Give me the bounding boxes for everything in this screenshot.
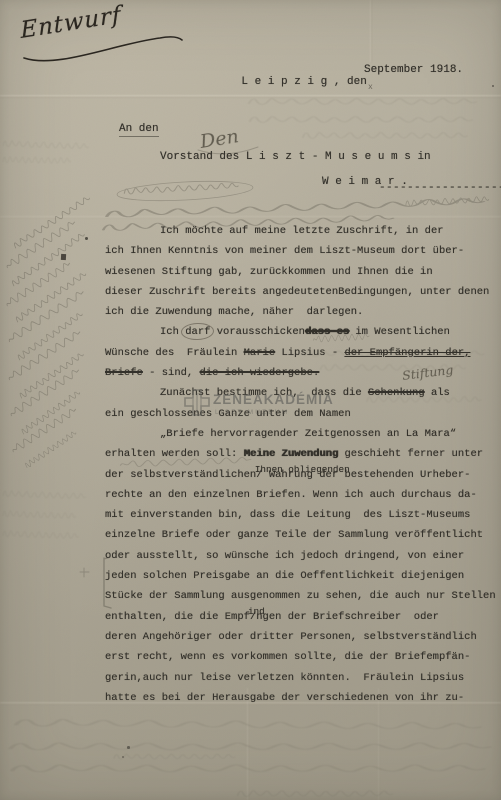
typed-line: Ich darf vorausschickendass es im Wesent… — [105, 322, 501, 342]
typed-segment: wiesenen Stiftung gab, zurückkommen und … — [105, 266, 433, 278]
faint-handwriting-bottom — [10, 719, 489, 796]
typed-segment: ein geschlossenes Ganze unter dem Namen — [105, 408, 351, 420]
dashed-underline: ------------------ — [379, 182, 501, 194]
dateline-date: September 1918. — [364, 64, 463, 76]
typed-line: hatte es bei der Herausgabe der verschie… — [105, 688, 501, 708]
typed-segment: ich die Zuwendung mache, näher darlegen. — [105, 306, 363, 318]
typed-segment: geschieht ferner unter — [338, 448, 483, 460]
typed-segment: mit einverstanden bin, dass die Leitung … — [105, 509, 470, 521]
typed-segment: deren Angehöriger oder dritter Personen,… — [105, 631, 477, 643]
typed-segment: dass es — [305, 326, 349, 338]
typed-segment: Zunächst bestimme ich, dass die — [160, 387, 368, 399]
typed-line: der selbstverständlichen/ Wahrung der be… — [105, 465, 501, 485]
typed-segment: /ngen der Briefschreiber oderind — [250, 611, 439, 623]
typed-segment: Schenkung — [368, 387, 425, 399]
typed-line: erst recht, wenn es vorkommen sollte, di… — [105, 647, 501, 667]
dateline-place: L e i p z i g , den — [241, 76, 366, 88]
ink-dot — [127, 746, 130, 749]
typed-segment: Wahrung der bestehenden Urheber-Ihnen ob… — [269, 469, 471, 481]
typed-segment: gerin,auch nur leise verletzen könnten. … — [105, 672, 464, 684]
typed-segment: der Empfängerin der, — [344, 347, 470, 359]
ink-dot — [492, 85, 494, 87]
typed-line: ich die Zuwendung mache, näher darlegen. — [105, 302, 501, 322]
typed-line: Stücke der Sammlung ausgenommen zu sehen… — [105, 586, 501, 606]
typed-line: ein geschlossenes Ganze unter dem Namen — [105, 404, 501, 424]
typed-line: dieser Zuschrift bereits angedeutetenBed… — [105, 282, 501, 302]
typed-segment: einzelne Briefe oder ganze Teile der Sam… — [105, 529, 483, 541]
typed-segment: ich Ihnen Kenntnis von meiner dem Liszt-… — [105, 245, 464, 257]
typed-segment: vorausschicken — [210, 326, 305, 338]
recipient-line: Vorstand des L i s z t - M u s e u m s i… — [160, 151, 431, 163]
typed-line: deren Angehöriger oder dritter Personen,… — [105, 627, 501, 647]
typed-line: einzelne Briefe oder ganze Teile der Sam… — [105, 525, 501, 545]
handwritten-den: Den — [199, 125, 241, 153]
typed-segment: erhalten werden soll: — [105, 448, 244, 460]
typed-segment: darf — [185, 326, 210, 338]
typed-insertion-above: ind — [248, 602, 265, 622]
typed-segment: erst recht, wenn es vorkommen sollte, di… — [105, 651, 470, 663]
typed-segment: jeden solchen Preisgabe an die Oeffentli… — [105, 570, 464, 582]
typed-segment: der selbstverständlichen/ — [105, 469, 269, 481]
typed-segment: „Briefe hervorragender Zeitgenossen an L… — [160, 428, 456, 440]
typed-line: jeden solchen Preisgabe an die Oeffentli… — [105, 566, 501, 586]
body-lines: Ich möchte auf meine letzte Zuschrift, i… — [105, 221, 501, 708]
typed-segment: enthalten, die die Empf — [105, 611, 250, 623]
typed-segment: im Wesentlichen — [349, 326, 450, 338]
typed-segment: Ich möchte auf meine letzte Zuschrift, i… — [160, 225, 444, 237]
ink-dot — [85, 237, 88, 240]
typed-line: Ich möchte auf meine letzte Zuschrift, i… — [105, 221, 501, 241]
typed-line: gerin,auch nur leise verletzen könnten. … — [105, 668, 501, 688]
ink-dot — [122, 756, 124, 758]
typed-segment: - sind, — [143, 367, 200, 379]
typed-segment: dieser Zuschrift bereits angedeutetenBed… — [105, 286, 489, 298]
typed-segment: Marie — [244, 347, 276, 359]
typed-line: mit einverstanden bin, dass die Leitung … — [105, 505, 501, 525]
typed-line: rechte an den einzelnen Briefen. Wenn ic… — [105, 485, 501, 505]
typed-segment: Wünsche des Fräulein — [105, 347, 244, 359]
typed-segment: oder ausstellt, so wünsche ich jedoch dr… — [105, 550, 464, 562]
typed-line: Wünsche des Fräulein Marie Lipsius - der… — [105, 343, 501, 363]
typed-segment: Stücke der Sammlung ausgenommen zu sehen… — [105, 590, 496, 602]
typed-segment: Meine Zuwendung — [244, 448, 339, 460]
typed-insertion-above: Ihnen obliegenden — [255, 460, 350, 480]
typed-segment: als — [425, 387, 450, 399]
typed-line: wiesenen Stiftung gab, zurückkommen und … — [105, 262, 501, 282]
typed-line: oder ausstellt, so wünsche ich jedoch dr… — [105, 546, 501, 566]
dateline: L e i p z i g , den September 1918. — [215, 64, 367, 112]
typed-segment: die ich wiedergebe. — [200, 367, 320, 379]
pencil-margin-notes — [5, 195, 91, 468]
typed-x-mark: x — [368, 83, 373, 92]
typed-line: ich Ihnen Kenntnis von meiner dem Liszt-… — [105, 241, 501, 261]
typed-segment: Briefe — [105, 367, 143, 379]
typed-line: enthalten, die die Empf/ngen der Briefsc… — [105, 607, 501, 627]
horizontal-fold-crease — [0, 216, 501, 219]
draft-underline-flourish — [10, 6, 190, 76]
typed-line: Zunächst bestimme ich, dass die Schenkun… — [105, 383, 501, 403]
typed-segment: Lipsius - — [275, 347, 344, 359]
ink-blot-square — [61, 254, 66, 260]
typed-segment: hatte es bei der Herausgabe der verschie… — [105, 692, 464, 704]
vertical-fold-crease — [370, 0, 372, 62]
recipient-an-den: An den — [119, 123, 159, 137]
typed-line: „Briefe hervorragender Zeitgenossen an L… — [105, 424, 501, 444]
typed-segment: rechte an den einzelnen Briefen. Wenn ic… — [105, 489, 477, 501]
letter-page: Entwurf L e i p z i g , den September 19… — [0, 0, 501, 800]
